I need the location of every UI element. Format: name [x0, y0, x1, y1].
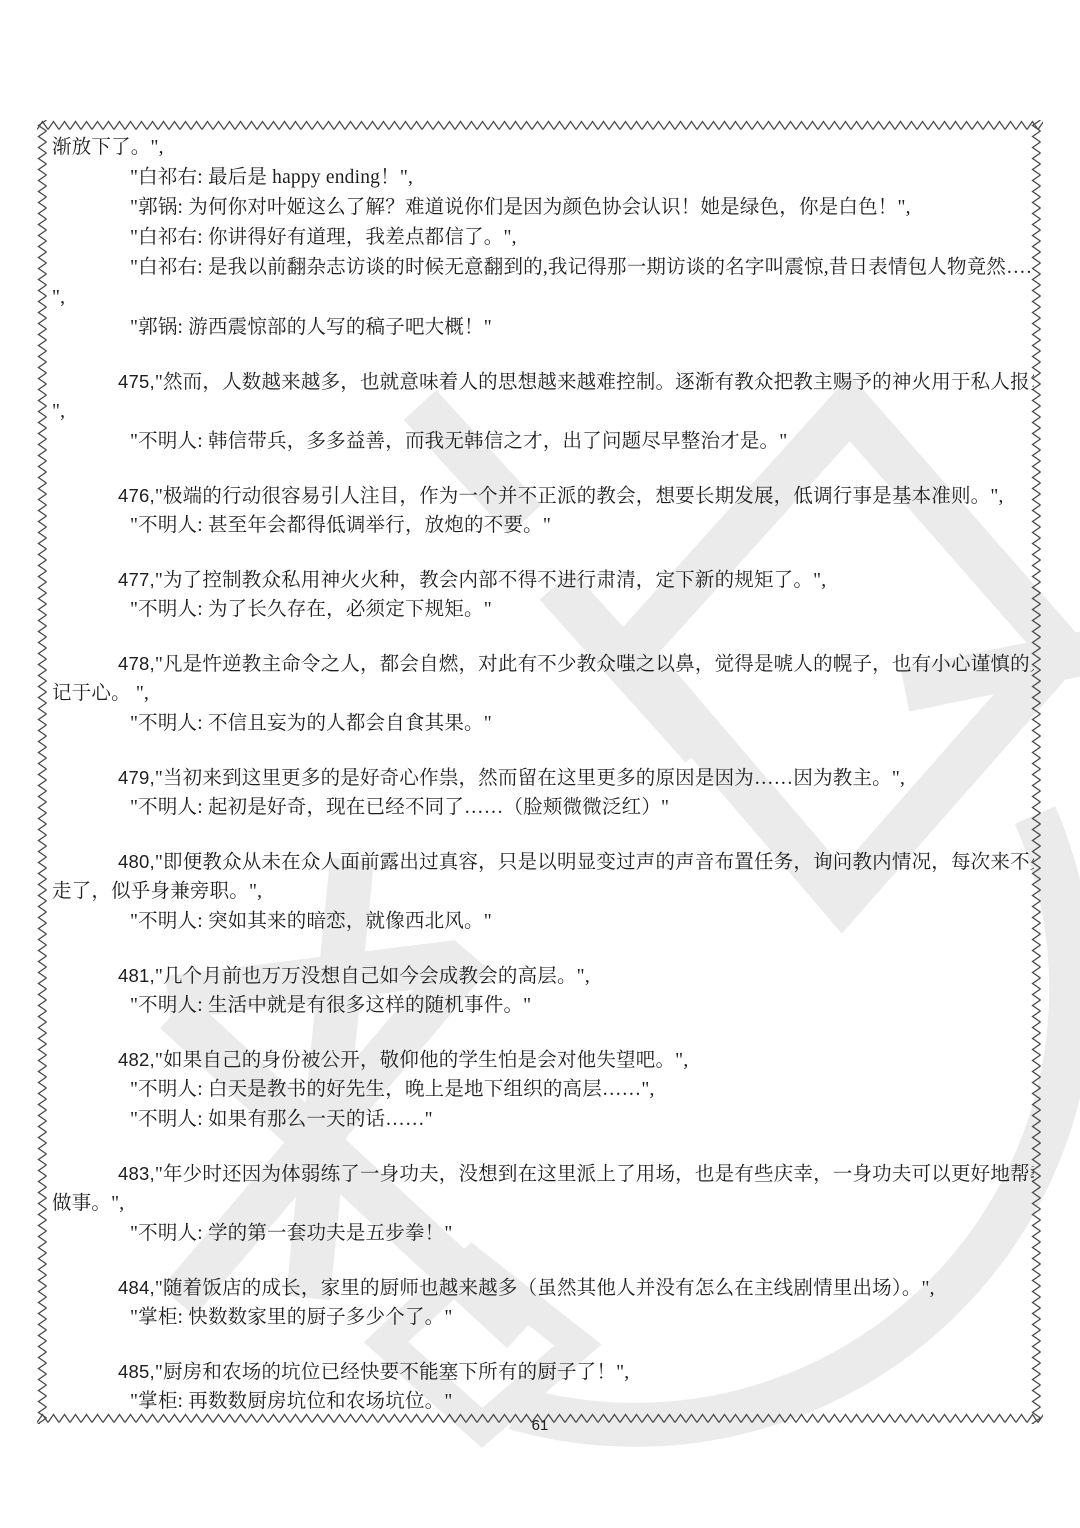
- text-line: ",: [52, 397, 1034, 427]
- text-line: 记于心。 ",: [52, 679, 1034, 709]
- text-line: "白祁右: 最后是 happy ending！",: [52, 163, 1034, 193]
- line-text: 渐放下了。",: [52, 137, 164, 158]
- text-line: 482,"如果自己的身份被公开，敬仰他的学生怕是会对他失望吧。",: [52, 1045, 1034, 1075]
- line-text: "白祁右: 是我以前翻杂志访谈的时候无意翻到的,我记得那一期访谈的名字叫震惊,昔…: [130, 257, 1034, 278]
- zigzag-border-top: [37, 120, 1043, 131]
- line-text: "极端的行动很容易引人注目，作为一个并不正派的教会，想要长期发展，低调行事是基本…: [155, 486, 1004, 507]
- text-line: 485,"厨房和农场的坑位已经快要不能塞下所有的厨子了！",: [52, 1357, 1034, 1387]
- line-text: 走了，似乎身兼旁职。",: [52, 881, 262, 902]
- entry-number: 480,: [118, 851, 155, 872]
- text-line: "白祁右: 是我以前翻杂志访谈的时候无意翻到的,我记得那一期访谈的名字叫震惊,昔…: [52, 253, 1034, 283]
- entry-number: 475,: [118, 371, 155, 392]
- line-text: "厨房和农场的坑位已经快要不能塞下所有的厨子了！",: [155, 1362, 630, 1383]
- document-page: 渐放下了。","白祁右: 最后是 happy ending！","郭锅: 为何你…: [0, 0, 1080, 1528]
- line-text: "不明人: 甚至年会都得低调举行，放炮的不要。": [130, 515, 551, 536]
- entry-number: 476,: [118, 485, 155, 506]
- page-number: 61: [0, 1417, 1080, 1434]
- line-text: "不明人: 生活中就是有很多这样的随机事件。": [130, 995, 531, 1016]
- text-line: "不明人: 生活中就是有很多这样的随机事件。": [52, 991, 1034, 1021]
- entry-number: 477,: [118, 569, 155, 590]
- text-line: 480,"即便教众从未在众人面前露出过真容，只是以明显变过声的声音布置任务，询问…: [52, 847, 1034, 877]
- text-line: ",: [52, 283, 1034, 313]
- line-text: "然而，人数越来越多，也就意味着人的思想越来越难控制。逐渐有教众把教主赐予的神火…: [155, 372, 1034, 393]
- line-text: "凡是忤逆教主命令之人，都会自燃，对此有不少教众嗤之以鼻，觉得是唬人的幌子，也有…: [155, 654, 1034, 675]
- text-line: 478,"凡是忤逆教主命令之人，都会自燃，对此有不少教众嗤之以鼻，觉得是唬人的幌…: [52, 649, 1034, 679]
- line-text: "即便教众从未在众人面前露出过真容，只是以明显变过声的声音布置任务，询问教内情况…: [155, 852, 1034, 873]
- text-line: 479,"当初来到这里更多的是好奇心作祟，然而留在这里更多的原因是因为……因为教…: [52, 763, 1034, 793]
- text-line: "不明人: 白天是教书的好先生，晚上是地下组织的高层……",: [52, 1075, 1034, 1105]
- text-line: 475,"然而，人数越来越多，也就意味着人的思想越来越难控制。逐渐有教众把教主赐…: [52, 367, 1034, 397]
- entry-number: 479,: [118, 767, 155, 788]
- entry-number: 483,: [118, 1163, 155, 1184]
- text-line: "掌柜: 再数数厨房坑位和农场坑位。": [52, 1387, 1034, 1417]
- line-text: "不明人: 如果有那么一天的话……": [130, 1109, 433, 1130]
- line-text: "随着饭店的成长，家里的厨师也越来越多（虽然其他人并没有怎么在主线剧情里出场）。…: [155, 1278, 935, 1299]
- line-text: "如果自己的身份被公开，敬仰他的学生怕是会对他失望吧。",: [155, 1050, 689, 1071]
- text-line: "郭锅: 游西震惊部的人写的稿子吧大概！": [52, 313, 1034, 343]
- entry-number: 484,: [118, 1277, 155, 1298]
- line-text: "掌柜: 快数数家里的厨子多少个了。": [130, 1307, 453, 1328]
- text-line: "不明人: 为了长久存在，必须定下规矩。": [52, 595, 1034, 625]
- zigzag-border-left: [37, 120, 48, 1424]
- line-text: "不明人: 韩信带兵，多多益善，而我无韩信之才，出了问题尽早整治才是。": [130, 431, 787, 452]
- entry-number: 485,: [118, 1361, 155, 1382]
- line-text: "当初来到这里更多的是好奇心作祟，然而留在这里更多的原因是因为……因为教主。",: [155, 768, 905, 789]
- text-line: 走了，似乎身兼旁职。",: [52, 877, 1034, 907]
- line-text: "不明人: 起初是好奇，现在已经不同了……（脸颊微微泛红）": [130, 797, 669, 818]
- line-text: "白祁右: 你讲得好有道理，我差点都信了。",: [130, 227, 517, 248]
- line-text: "郭锅: 为何你对叶姬这么了解？难道说你们是因为颜色协会认识！她是绿色，你是白色…: [130, 197, 911, 218]
- line-text: "掌柜: 再数数厨房坑位和农场坑位。": [130, 1391, 453, 1412]
- page-content: 渐放下了。","白祁右: 最后是 happy ending！","郭锅: 为何你…: [52, 133, 1034, 1423]
- line-text: "不明人: 为了长久存在，必须定下规矩。": [130, 599, 492, 620]
- text-line: 渐放下了。",: [52, 133, 1034, 163]
- text-line: "不明人: 韩信带兵，多多益善，而我无韩信之才，出了问题尽早整治才是。": [52, 427, 1034, 457]
- entry-number: 481,: [118, 965, 155, 986]
- text-line: 483,"年少时还因为体弱练了一身功夫，没想到在这里派上了用场，也是有些庆幸，一…: [52, 1159, 1034, 1189]
- text-line: "不明人: 如果有那么一天的话……": [52, 1105, 1034, 1135]
- line-text: ",: [52, 287, 65, 308]
- line-text: 记于心。 ",: [52, 683, 149, 704]
- line-text: "不明人: 突如其来的暗恋，就像西北风。": [130, 911, 492, 932]
- text-line: 477,"为了控制教众私用神火火种，教会内部不得不进行肃清，定下新的规矩了。",: [52, 565, 1034, 595]
- line-text: "几个月前也万万没想自己如今会成教会的高层。",: [155, 966, 590, 987]
- text-line: "不明人: 突如其来的暗恋，就像西北风。": [52, 907, 1034, 937]
- text-line: "郭锅: 为何你对叶姬这么了解？难道说你们是因为颜色协会认识！她是绿色，你是白色…: [52, 193, 1034, 223]
- line-text: "为了控制教众私用神火火种，教会内部不得不进行肃清，定下新的规矩了。",: [155, 570, 827, 591]
- entry-number: 478,: [118, 653, 155, 674]
- text-line: 484,"随着饭店的成长，家里的厨师也越来越多（虽然其他人并没有怎么在主线剧情里…: [52, 1273, 1034, 1303]
- line-text: "不明人: 学的第一套功夫是五步拳！": [130, 1223, 453, 1244]
- line-text: "郭锅: 游西震惊部的人写的稿子吧大概！": [130, 317, 492, 338]
- text-line: "白祁右: 你讲得好有道理，我差点都信了。",: [52, 223, 1034, 253]
- text-line: "不明人: 起初是好奇，现在已经不同了……（脸颊微微泛红）": [52, 793, 1034, 823]
- line-text: ",: [52, 401, 65, 422]
- text-line: "掌柜: 快数数家里的厨子多少个了。": [52, 1303, 1034, 1333]
- text-line: 476,"极端的行动很容易引人注目，作为一个并不正派的教会，想要长期发展，低调行…: [52, 481, 1034, 511]
- line-text: 做事。",: [52, 1193, 124, 1214]
- entry-number: 482,: [118, 1049, 155, 1070]
- text-line: 做事。",: [52, 1189, 1034, 1219]
- text-line: "不明人: 学的第一套功夫是五步拳！": [52, 1219, 1034, 1249]
- line-text: "年少时还因为体弱练了一身功夫，没想到在这里派上了用场，也是有些庆幸，一身功夫可…: [155, 1164, 1034, 1185]
- text-line: "不明人: 不信且妄为的人都会自食其果。": [52, 709, 1034, 739]
- line-text: "不明人: 不信且妄为的人都会自食其果。": [130, 713, 492, 734]
- line-text: "不明人: 白天是教书的好先生，晚上是地下组织的高层……",: [130, 1079, 655, 1100]
- text-line: "不明人: 甚至年会都得低调举行，放炮的不要。": [52, 511, 1034, 541]
- text-line: 481,"几个月前也万万没想自己如今会成教会的高层。",: [52, 961, 1034, 991]
- line-text: "白祁右: 最后是 happy ending！",: [130, 167, 413, 188]
